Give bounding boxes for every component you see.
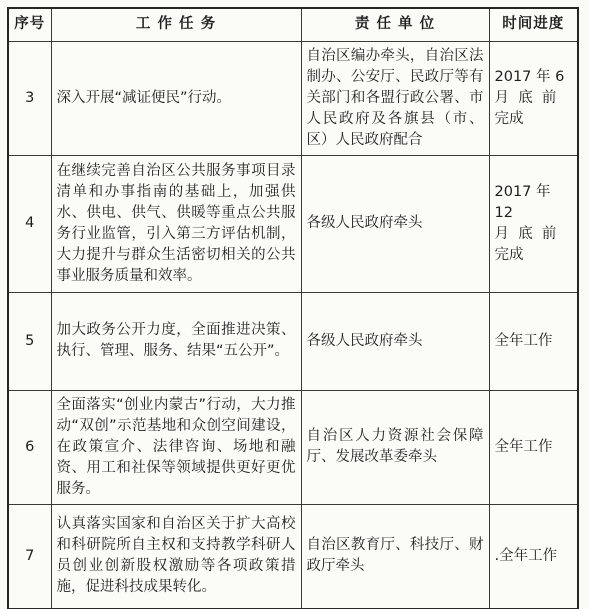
unit-cell: 自治区编办牵头，自治区法制办、公安厅、民政厅等有关部门和各盟行政公署、市人民政府… xyxy=(301,41,489,155)
table-row: 7 认真落实国家和自治区关于扩大高校和科研院所自主权和支持教学科研人员创业创新股… xyxy=(8,504,578,609)
table-row: 4 在继续完善自治区公共服务事项目录清单和办事指南的基础上，加强供水、供电、供气… xyxy=(8,155,578,292)
serial-cell: 3 xyxy=(8,41,51,155)
table-row: 5 加大政务公开力度，全面推进决策、执行、管理、服务、结果“五公开”。 各级人民… xyxy=(8,292,578,390)
task-cell: 深入开展“减证便民”行动。 xyxy=(51,41,301,155)
time-cell: 2017 年 6 月 底 前 完成 xyxy=(489,41,578,155)
header-work-task: 工 作 任 务 xyxy=(51,8,301,41)
table-header-row: 序号 工 作 任 务 责 任 单 位 时间进度 xyxy=(8,8,578,41)
unit-cell: 自治区教育厅、科技厅、财政厅牵头 xyxy=(301,504,489,609)
serial-cell: 4 xyxy=(8,155,51,292)
document-page: 序号 工 作 任 务 责 任 单 位 时间进度 3 深入开展“减证便民”行动。 … xyxy=(0,0,589,609)
unit-cell: 各级人民政府牵头 xyxy=(301,292,489,390)
serial-cell: 7 xyxy=(8,504,51,609)
serial-cell: 5 xyxy=(8,292,51,390)
header-serial-number: 序号 xyxy=(8,8,51,41)
serial-cell: 6 xyxy=(8,390,51,504)
header-responsible-unit: 责 任 单 位 xyxy=(301,8,489,41)
unit-cell: 自治区人力资源社会保障厅、发展改革委牵头 xyxy=(301,390,489,504)
time-cell: .全年工作 xyxy=(489,504,578,609)
table-row: 6 全面落实“创业内蒙古”行动，大力推动“双创”示范基地和众创空间建设，在政策宣… xyxy=(8,390,578,504)
time-cell: 2017 年 12 月 底 前 完成 xyxy=(489,155,578,292)
time-cell: 全年工作 xyxy=(489,292,578,390)
task-cell: 全面落实“创业内蒙古”行动，大力推动“双创”示范基地和众创空间建设，在政策宣介、… xyxy=(51,390,301,504)
time-cell: 全年工作 xyxy=(489,390,578,504)
task-cell: 在继续完善自治区公共服务事项目录清单和办事指南的基础上，加强供水、供电、供气、供… xyxy=(51,155,301,292)
header-time-schedule: 时间进度 xyxy=(489,8,578,41)
task-cell: 认真落实国家和自治区关于扩大高校和科研院所自主权和支持教学科研人员创业创新股权激… xyxy=(51,504,301,609)
task-cell: 加大政务公开力度，全面推进决策、执行、管理、服务、结果“五公开”。 xyxy=(51,292,301,390)
work-tasks-table: 序号 工 作 任 务 责 任 单 位 时间进度 3 深入开展“减证便民”行动。 … xyxy=(7,7,579,609)
table-row: 3 深入开展“减证便民”行动。 自治区编办牵头，自治区法制办、公安厅、民政厅等有… xyxy=(8,41,578,155)
unit-cell: 各级人民政府牵头 xyxy=(301,155,489,292)
